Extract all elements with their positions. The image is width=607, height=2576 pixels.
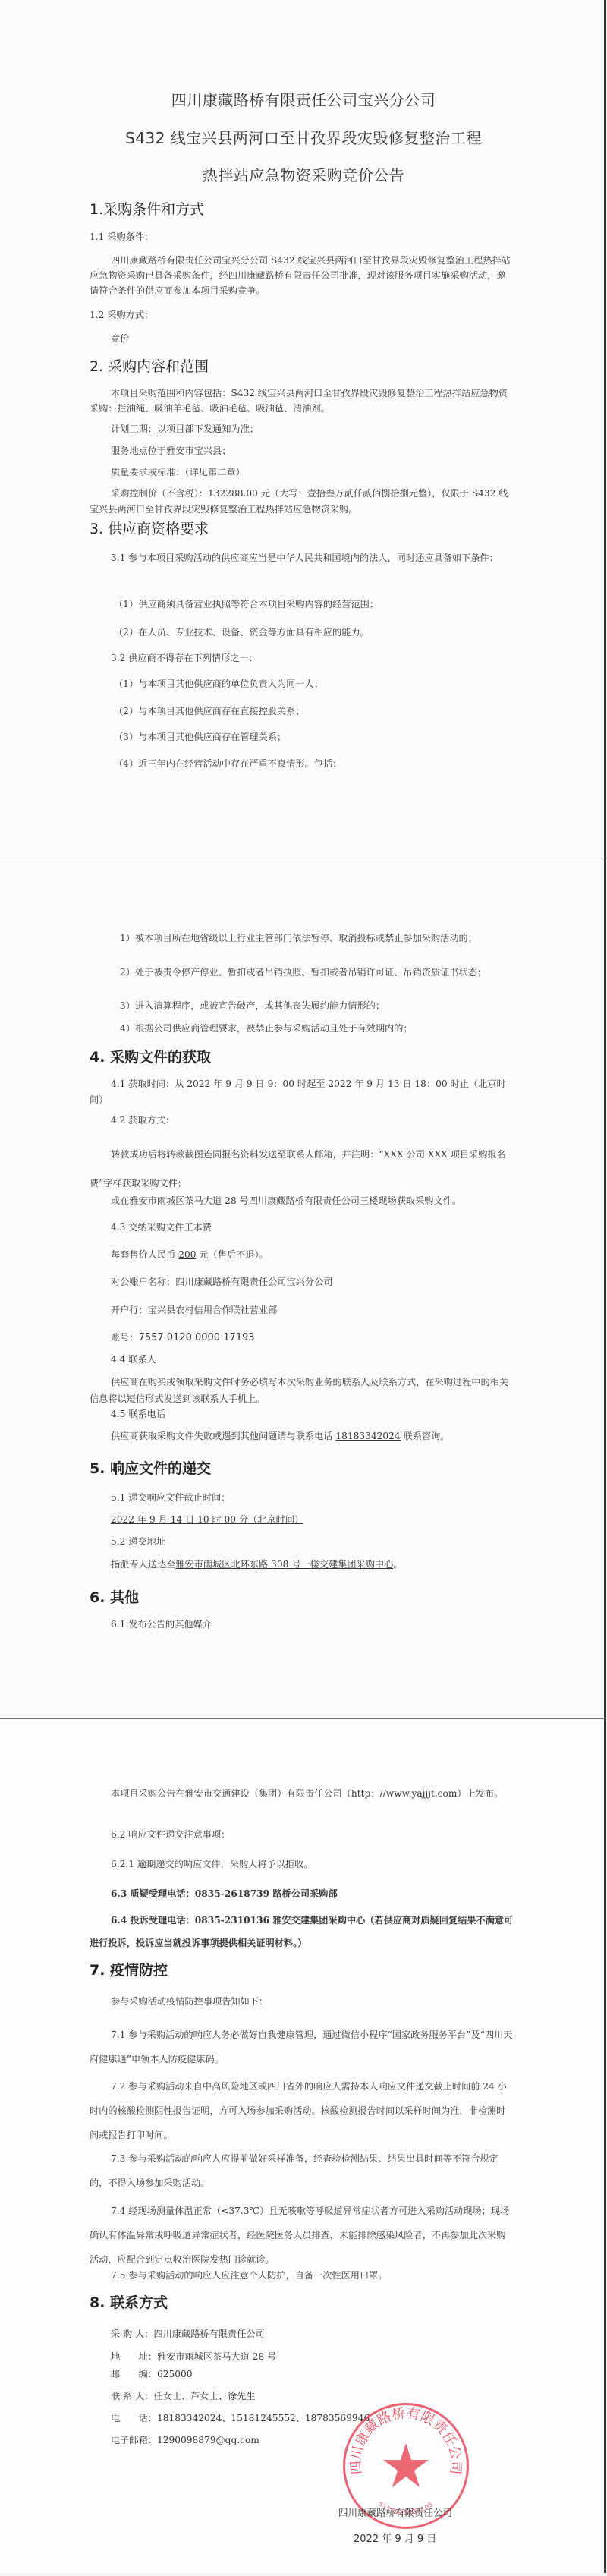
section-4-heading: 4. 采购文件的获取 bbox=[90, 1046, 211, 1066]
section-7-heading: 7. 疫情防控 bbox=[90, 1959, 168, 1979]
section-2-quality: 质量要求或标准：（详见第二章） bbox=[111, 464, 536, 480]
section-6-1-label: 6.1 发布公告的其他媒介 bbox=[111, 1617, 536, 1633]
email-value: 1290098879@qq.com bbox=[157, 2435, 259, 2445]
section-2-scope: 本项目采购范围和内容包括：S432 线宝兴县两河口至甘孜界段灾毁修复整治工程热拌… bbox=[90, 386, 514, 416]
postcode-label: 邮 编： bbox=[111, 2369, 157, 2379]
section-4-2-text: 转款成功后将转款截图连同报名资料发送至联系人邮箱，并注明：“XXX 公司 XXX… bbox=[90, 1140, 514, 1198]
s45-phone: 18183342024 bbox=[335, 1431, 400, 1441]
section-4-2-label: 4.2 获取方式： bbox=[111, 1113, 536, 1129]
purchaser-value: 四川康藏路桥有限责任公司 bbox=[154, 2329, 292, 2339]
section-1-heading: 1.采购条件和方式 bbox=[90, 198, 204, 219]
section-4-3-label: 4.3 交纳采购文件工本费 bbox=[111, 1220, 536, 1236]
s32-item-3: （3）与本项目其他供应商存在管理关系； bbox=[114, 729, 539, 745]
email-row: 电子邮箱：1290098879@qq.com bbox=[111, 2433, 536, 2448]
address-label: 地 址： bbox=[111, 2351, 157, 2362]
contact-row: 联 系 人：任女士、芦女士、徐先生 bbox=[111, 2389, 536, 2404]
postcode-row: 邮 编：625000 bbox=[111, 2367, 536, 2382]
section-7-item-3: 7.3 参与采购活动的响应人应提前做好采样准备，经查验检测结果、结果出具时间等不… bbox=[90, 2146, 514, 2195]
account-number-row: 账号：7557 0120 0000 17193 bbox=[111, 1330, 536, 1346]
s32-item-4: （4）近三年内在经营活动中存在严重不良情形。包括： bbox=[114, 756, 539, 772]
section-6-1-text: 本项目采购公告在雅安市交通建设（集团）有限责任公司（http：//www.yaj… bbox=[90, 1785, 514, 1802]
section-4-5-text: 供应商获取采购文件失败或遇到其他问题请与联系电话 18183342024 联系咨… bbox=[111, 1428, 536, 1444]
section-2-price: 采购控制价（不含税）：132288.00 元（大写：壹拾叁万贰仟贰佰捌拾捌元整）… bbox=[90, 486, 514, 518]
fee-amount: 200 bbox=[178, 1249, 196, 1260]
section-7-item-1: 7.1 参与采购活动的响应人务必做好自我健康管理，通过微信小程序“国家政务服务平… bbox=[90, 2023, 514, 2071]
location-value: 雅安市宝兴县 bbox=[166, 446, 222, 456]
purchaser-label: 采 购 人： bbox=[111, 2329, 154, 2339]
section-7-intro: 参与采购活动疫情防控事项告知如下： bbox=[111, 1994, 536, 2010]
fee-prefix: 每套售价人民币 bbox=[111, 1249, 178, 1260]
section-6-heading: 6. 其他 bbox=[90, 1586, 139, 1607]
section-8-heading: 8. 联系方式 bbox=[90, 2291, 168, 2312]
email-label: 电子邮箱： bbox=[111, 2435, 157, 2445]
s52-prefix: 指派专人送达至 bbox=[111, 1559, 175, 1570]
section-2-heading: 2. 采购内容和范围 bbox=[90, 355, 209, 376]
account-label: 账号： bbox=[111, 1332, 139, 1343]
s32-sub-item-2: 2）处于被责令停产停业、暂扣或者吊销执照、暂扣或者吊销许可证、吊销资质证书状态； bbox=[90, 964, 514, 981]
section-4-2-alt: 或在雅安市雨城区茶马大道 28 号四川康藏路桥有限责任公司三楼现场获取采购文件。 bbox=[111, 1193, 536, 1209]
s32-sub-item-4: 4）根据公司供应商管理要求，被禁止参与采购活动且处于有效期内的； bbox=[120, 1021, 545, 1037]
s31-item-2: （2）在人员、专业技术、设备、资金等方面具有相应的能力。 bbox=[114, 625, 539, 641]
s45-prefix: 供应商获取采购文件失败或遇到其他问题请与联系电话 bbox=[111, 1431, 335, 1441]
s32-sub-item-1: 1）被本项目所在地省级以上行业主管部门依法暂停、取消投标或禁止参加采购活动的； bbox=[90, 930, 514, 946]
alt-suffix: 现场获取采购文件。 bbox=[378, 1195, 461, 1206]
section-1-2-value: 竞价 bbox=[111, 331, 536, 347]
s45-suffix: 联系咨询。 bbox=[401, 1431, 450, 1441]
location-label: 服务地点位于 bbox=[111, 446, 166, 456]
title-project: S432 线宝兴县两河口至甘孜界段灾毁修复整治工程 bbox=[0, 126, 607, 148]
s32-sub-item-3: 3）进入清算程序，或被宣告破产，或其他丧失履约能力情形的； bbox=[120, 998, 545, 1014]
section-1-1-label: 1.1 采购条件： bbox=[90, 229, 514, 245]
section-4-4-text: 供应商在购买或领取采购文件时务必填写本次采购业务的联系人及联系方式，在采购过程中… bbox=[90, 1374, 514, 1407]
section-4-3-fee: 每套售价人民币 200 元（售后不退）。 bbox=[111, 1247, 536, 1263]
section-5-2-text: 指派专人送达至雅安市雨城区北环东路 308 号一楼交建集团采购中心。 bbox=[111, 1557, 536, 1573]
section-6-3: 6.3 质疑受理电话：0835-2618739 路桥公司采购部 bbox=[111, 1886, 536, 1902]
section-3-heading: 3. 供应商资格要求 bbox=[90, 518, 209, 538]
s31-item-1: （1）供应商须具备营业执照等符合本项目采购内容的经营范围； bbox=[114, 597, 539, 613]
phone-label: 电 话： bbox=[111, 2413, 157, 2423]
postcode-value: 625000 bbox=[157, 2369, 193, 2379]
address-value: 雅安市雨城区茶马大道 28 号 bbox=[157, 2351, 276, 2362]
section-4-1-text: 4.1 获取时间：从 2022 年 9 月 9 日 9：00 时起至 2022 … bbox=[90, 1076, 514, 1108]
account-name: 对公账户名称：四川康藏路桥有限责任公司宝兴分公司 bbox=[111, 1274, 536, 1290]
address-row: 地 址：雅安市雨城区茶马大道 28 号 bbox=[111, 2349, 536, 2365]
section-4-4-label: 4.4 联系人 bbox=[111, 1352, 536, 1368]
bank-name: 开户行：宝兴县农村信用合作联社营业部 bbox=[111, 1302, 536, 1318]
alt-prefix: 或在 bbox=[111, 1195, 129, 1206]
alt-address: 雅安市雨城区茶马大道 28 号四川康藏路桥有限责任公司三楼 bbox=[129, 1195, 378, 1206]
phone-value: 18183342024、15181245552、18783569946 bbox=[157, 2413, 370, 2423]
section-5-heading: 5. 响应文件的递交 bbox=[90, 1457, 211, 1478]
section-1-1-text: 四川康藏路桥有限责任公司宝兴分公司 S432 线宝兴县两河口至甘孜界段灾毁修复整… bbox=[90, 253, 514, 298]
fee-suffix: 元（售后不退）。 bbox=[196, 1249, 268, 1260]
schedule-label: 计划工期： bbox=[111, 424, 157, 434]
signature-company: 四川康藏路桥有限责任公司 bbox=[338, 2505, 452, 2519]
phone-row: 电 话：18183342024、15181245552、18783569946 bbox=[111, 2411, 536, 2426]
signature-date: 2022 年 9 月 9 日 bbox=[354, 2530, 436, 2545]
section-7-item-4: 7.4 经现场测量体温正常（<37.3℃）且无咳嗽等呼吸道异常症状者方可进入采购… bbox=[90, 2199, 514, 2272]
s32-item-2: （2）与本项目其他供应商存在直接控股关系； bbox=[114, 704, 539, 720]
account-number: 7557 0120 0000 17193 bbox=[139, 1332, 255, 1343]
contact-label: 联 系 人： bbox=[111, 2391, 154, 2401]
schedule-value: 以项目部下发通知为准 bbox=[157, 424, 250, 434]
section-5-2-label: 5.2 递交地址 bbox=[111, 1534, 536, 1550]
s32-item-1: （1）与本项目其他供应商的单位负责人为同一人； bbox=[114, 676, 539, 692]
section-7-item-2: 7.2 参与采购活动来自中高风险地区或四川省外的响应人需持本人响应文件递交截止时… bbox=[90, 2074, 514, 2147]
section-2-schedule: 计划工期：以项目部下发通知为准； bbox=[111, 421, 536, 437]
section-5-1-label: 5.1 递交响应文件截止时间： bbox=[111, 1490, 536, 1506]
section-2-location: 服务地点位于雅安市宝兴县； bbox=[111, 443, 536, 459]
section-6-2-1: 6.2.1 逾期递交的响应文件，采购人将予以拒收。 bbox=[111, 1856, 536, 1872]
s52-address: 雅安市雨城区北环东路 308 号一楼交建集团采购中心 bbox=[175, 1559, 393, 1570]
section-1-2-label: 1.2 采购方式： bbox=[90, 307, 514, 323]
purchaser-row: 采 购 人：四川康藏路桥有限责任公司 bbox=[111, 2326, 536, 2342]
contact-value: 任女士、芦女士、徐先生 bbox=[154, 2391, 256, 2401]
section-6-2-label: 6.2 响应文件递交注意事项： bbox=[111, 1827, 536, 1843]
section-7-item-5: 7.5 参与采购活动的响应人应注意个人防护，自备一次性医用口罩。 bbox=[90, 2268, 514, 2284]
section-4-5-label: 4.5 联系电话 bbox=[111, 1406, 536, 1422]
s52-suffix: 。 bbox=[393, 1559, 402, 1570]
section-3-2-text: 3.2 供应商不得存在下列情形之一： bbox=[111, 650, 536, 666]
title-company: 四川康藏路桥有限责任公司宝兴分公司 bbox=[0, 88, 607, 110]
section-3-1-text: 3.1 参与本项目采购活动的供应商应当是中华人民共和国境内的法人，同时还应具备如… bbox=[100, 546, 514, 569]
section-6-4: 6.4 投诉受理电话：0835-2310136 雅安交建集团采购中心（若供应商对… bbox=[90, 1909, 514, 1954]
location-suffix: ； bbox=[222, 446, 231, 456]
title-notice: 热拌站应急物资采购竞价公告 bbox=[0, 163, 607, 185]
section-5-1-value: 2022 年 9 月 14 日 10 时 00 分（北京时间） bbox=[111, 1512, 536, 1528]
schedule-suffix: ； bbox=[250, 424, 259, 434]
